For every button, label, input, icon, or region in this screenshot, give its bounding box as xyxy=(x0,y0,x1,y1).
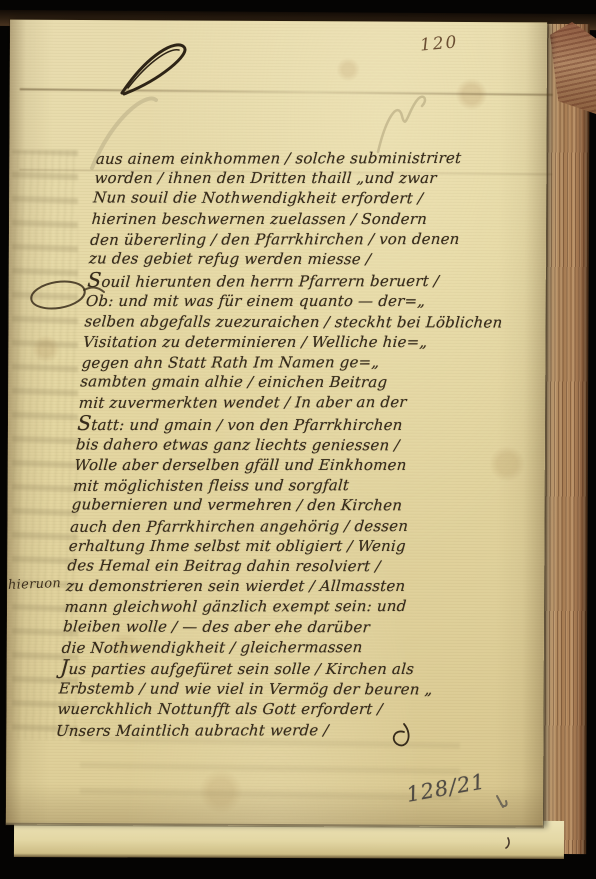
manuscript-line: mann gleichwohl gänzlich exempt sein: un… xyxy=(64,596,517,617)
manuscript-line: bleiben wolle / — des aber ehe darüber xyxy=(63,616,516,637)
manuscript-line: Ob: und mit was für einem quanto — der=„ xyxy=(85,291,538,311)
paper-crease-top xyxy=(20,88,553,96)
manuscript-line: aus ainem einkhommen / solche subministr… xyxy=(95,148,548,169)
manuscript-line: auch den Pfarrkhirchen angehörig / desse… xyxy=(70,515,523,536)
manuscript-scan: 120 aus ainem einkhommen / solche submin… xyxy=(0,0,596,879)
manuscript-line: Jus parties aufgefüret sein solle / Kirc… xyxy=(60,657,514,679)
manuscript-line: die Nothwendigkheit / gleichermassen xyxy=(61,637,514,658)
page-number: 120 xyxy=(419,32,459,55)
margin-note: hieruon xyxy=(8,576,62,593)
manuscript-line: worden / ihnen den Dritten thaill „und z… xyxy=(94,168,547,188)
manuscript-line: gubernieren und vermehren / den Kirchen xyxy=(71,495,524,516)
manuscript-line: Wolle aber derselben gfäll und Einkhomen xyxy=(74,455,527,475)
manuscript-text: aus ainem einkhommen / solche subministr… xyxy=(55,148,548,740)
manuscript-line: Souil hierunten den herrn Pfarrern berue… xyxy=(87,269,541,292)
manuscript-line: Unsers Maintlich aubracht werde / xyxy=(55,719,508,740)
manuscript-line: wuerckhlich Nottunfft als Gott erfordert… xyxy=(57,699,510,719)
manuscript-line: mit möglichisten fleiss und sorgfalt xyxy=(72,475,525,496)
manuscript-line: hierinen beschwernen zuelassen / Sondern xyxy=(91,209,544,229)
manuscript-line: zu demonstrieren sein wierdet / Allmasst… xyxy=(65,576,518,596)
manuscript-line: Erbstemb / und wie viel in Vermög der be… xyxy=(58,679,511,700)
manuscript-line: gegen ahn Statt Rath Im Namen ge=„ xyxy=(81,352,534,373)
manuscript-line: den übererling / den Pfarrkhirchen / von… xyxy=(90,229,543,250)
manuscript-line: zu des gebiet refug werden miesse / xyxy=(88,248,541,269)
manuscript-line: Visitation zu determinieren / Welliche h… xyxy=(82,332,535,352)
manuscript-line: Nun souil die Nothwendigkheit erfordert … xyxy=(92,188,545,209)
manuscript-line: sambten gmain alhie / einichen Beitrag xyxy=(80,372,533,393)
manuscript-line: mit zuvermerkten wendet / In aber an der xyxy=(78,392,531,413)
manuscript-line: des Hemal ein Beitrag dahin resolviert / xyxy=(67,555,520,576)
manuscript-line: erhaltung Ihme selbst mit obligiert / We… xyxy=(68,536,521,556)
manuscript-line: Statt: und gmain / von den Pfarrkhirchen xyxy=(77,413,531,435)
manuscript-line: selben abgefalls zuezuraichen / steckht … xyxy=(84,311,537,332)
manuscript-line: bis dahero etwas ganz liechts geniessen … xyxy=(75,434,528,455)
